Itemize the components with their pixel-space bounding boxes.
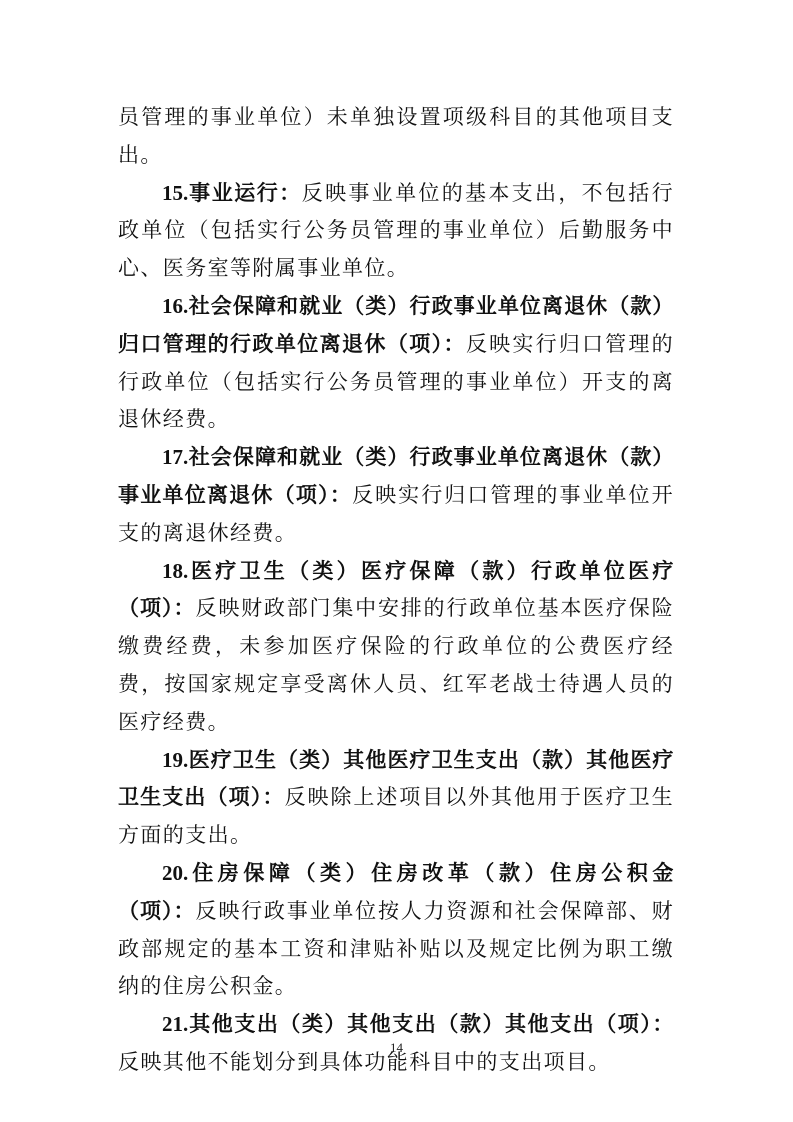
item-19-paragraph: 19.医疗卫生（类）其他医疗卫生支出（款）其他医疗卫生支出（项）：反映除上述项目… — [118, 742, 674, 855]
item-15-paragraph: 15.事业运行：反映事业单位的基本支出，不包括行政单位（包括实行公务员管理的事业… — [118, 175, 674, 288]
item-15-heading: 15.事业运行： — [162, 181, 302, 205]
item-20-paragraph: 20.住房保障（类）住房改革（款）住房公积金（项）：反映行政事业单位按人力资源和… — [118, 855, 674, 1006]
item-16-number: 16. — [162, 294, 188, 318]
item-18-paragraph: 18.医疗卫生（类）医疗保障（款）行政单位医疗（项）：反映财政部门集中安排的行政… — [118, 553, 674, 742]
item-17-paragraph: 17.社会保障和就业（类）行政事业单位离退休（款）事业单位离退休（项）：反映实行… — [118, 439, 674, 552]
item-20-number: 20. — [162, 861, 188, 885]
page-number: 14 — [0, 1040, 793, 1056]
item-16-paragraph: 16.社会保障和就业（类）行政事业单位离退休（款）归口管理的行政单位离退休（项）… — [118, 288, 674, 439]
item-18-body: 反映财政部门集中安排的行政单位基本医疗保险缴费经费，未参加医疗保险的行政单位的公… — [118, 596, 674, 733]
document-page: 员管理的事业单位）未单独设置项级科目的其他项目支出。 15.事业运行：反映事业单… — [118, 99, 674, 1082]
item-18-number: 18. — [162, 559, 188, 583]
item-20-body: 反映行政事业单位按人力资源和社会保障部、财政部规定的基本工资和津贴补贴以及规定比… — [118, 899, 674, 999]
item-21-number: 21. — [162, 1012, 188, 1036]
item-15-heading-text: 事业运行： — [188, 181, 302, 205]
item-21-heading-text: 其他支出（类）其他支出（款）其他支出（项）： — [188, 1012, 674, 1036]
item-15-number: 15. — [162, 181, 188, 205]
item-21-heading: 21.其他支出（类）其他支出（款）其他支出（项）： — [162, 1012, 674, 1036]
item-17-number: 17. — [162, 445, 188, 469]
item-19-number: 19. — [162, 748, 188, 772]
continuation-paragraph: 员管理的事业单位）未单独设置项级科目的其他项目支出。 — [118, 99, 674, 175]
